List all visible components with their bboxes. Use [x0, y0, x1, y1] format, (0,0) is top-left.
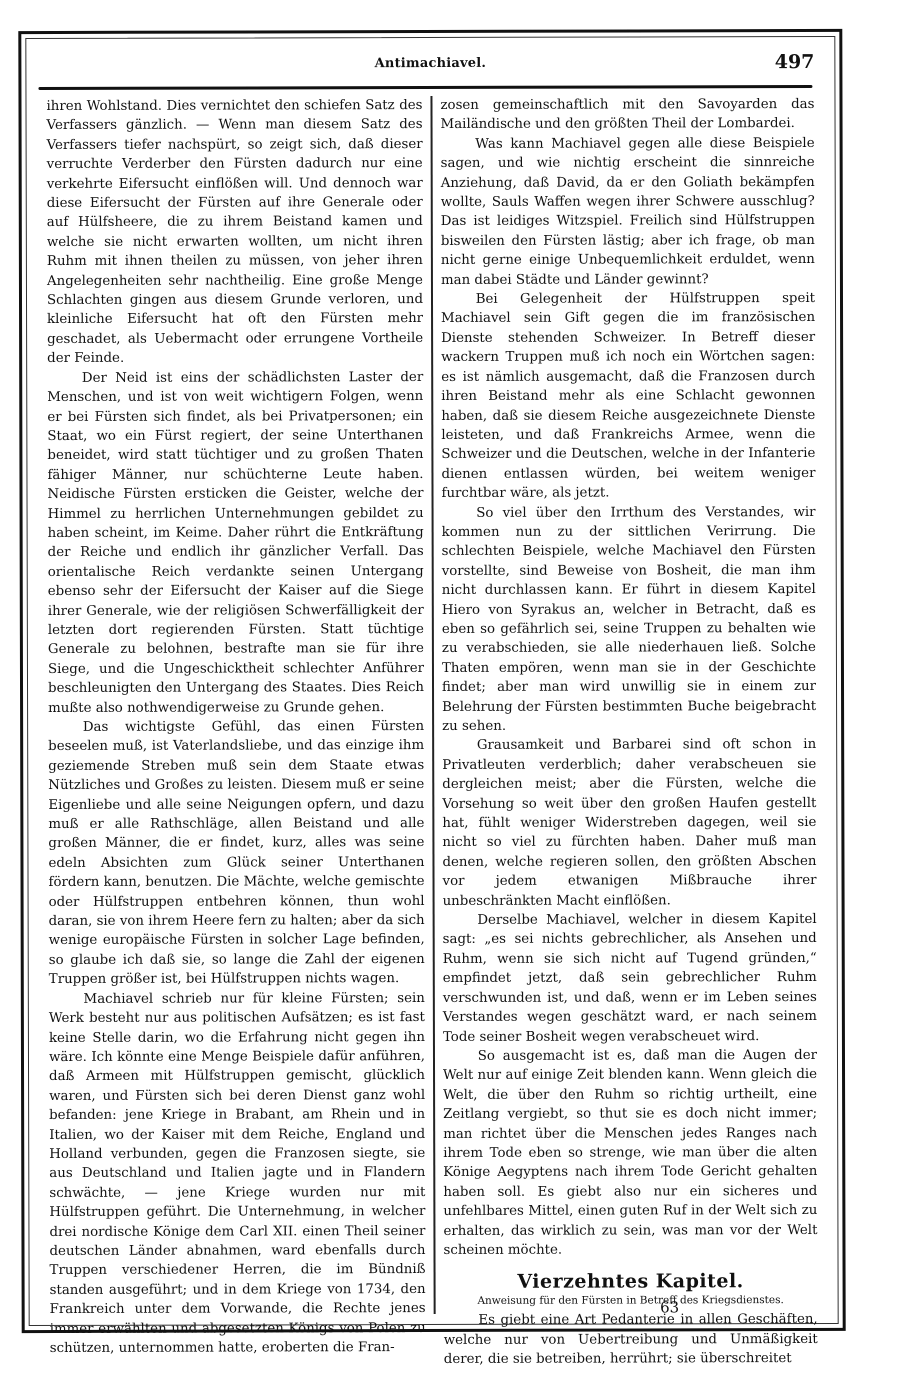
left-column: ihren Wohlstand. Dies vernichtet den sch… — [40, 96, 433, 1315]
paragraph: Bei Gelegenheit der Hülfstruppen speit M… — [441, 289, 816, 503]
paragraph: Was kann Machiavel gegen alle diese Beis… — [441, 134, 815, 290]
paragraph: ihren Wohlstand. Dies vernichtet den sch… — [46, 96, 423, 369]
paragraph: Derselbe Machiavel, welcher in diesem Ka… — [443, 910, 817, 1047]
text-columns: ihren Wohlstand. Dies vernichtet den sch… — [40, 95, 823, 1315]
paragraph: zosen gemeinschaftlich mit den Savoyarde… — [440, 95, 814, 135]
running-head: Antimachiavel. 497 — [38, 51, 822, 79]
header-rule — [38, 85, 812, 90]
page-frame: Antimachiavel. 497 ihren Wohlstand. Dies… — [18, 29, 845, 1333]
paragraph: Machiavel schrieb nur für kleine Fürsten… — [49, 989, 426, 1359]
paragraph: Es giebt eine Art Pedanterie in allen Ge… — [444, 1310, 818, 1369]
paragraph: Grausamkeit und Barbarei sind oft schon … — [442, 735, 816, 911]
right-column: zosen gemeinschaftlich mit den Savoyarde… — [430, 95, 823, 1314]
paragraph: So ausgemacht ist es, daß man die Augen … — [443, 1046, 818, 1260]
paragraph: Das wichtigste Gefühl, das einen Fürsten… — [48, 717, 425, 990]
page-number: 497 — [775, 51, 815, 73]
chapter-subtitle: Anweisung für den Fürsten in Betreff des… — [444, 1293, 818, 1309]
running-title: Antimachiavel. — [38, 55, 822, 72]
signature-mark: 63 — [660, 1299, 679, 1315]
paragraph: Der Neid ist eins der schädlichsten Last… — [47, 368, 424, 718]
paragraph: So viel über den Irrthum des Verstandes,… — [442, 503, 817, 737]
chapter-heading: Vierzehntes Kapitel. — [444, 1269, 818, 1294]
page-frame-inner: Antimachiavel. 497 ihren Wohlstand. Dies… — [25, 36, 838, 1326]
